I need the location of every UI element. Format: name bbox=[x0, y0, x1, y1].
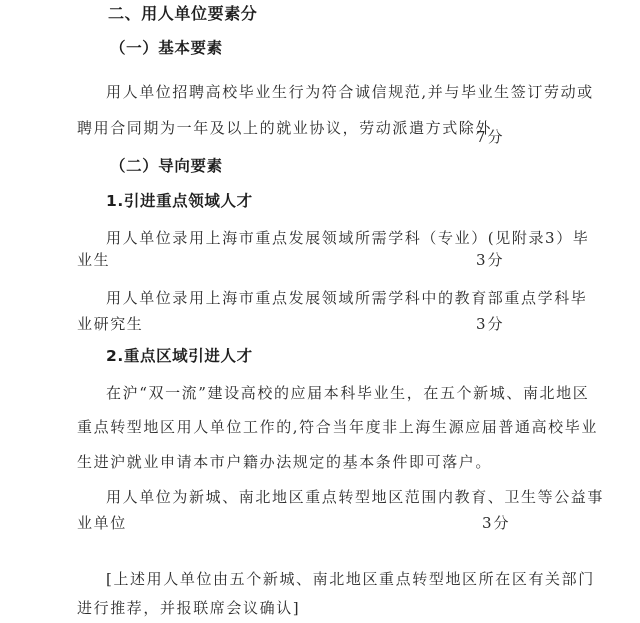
paragraph-line: 业研究生 bbox=[77, 314, 143, 334]
note-line: 进行推荐，并报联席会议确认] bbox=[77, 598, 300, 618]
subsection-title-basic: （一）基本要素 bbox=[110, 38, 223, 58]
note-line: [上述用人单位由五个新城、南北地区重点转型地区所在区有关部门 bbox=[106, 569, 595, 589]
subsection-title-guidance: （二）导向要素 bbox=[110, 156, 223, 176]
score-value: 3分 bbox=[476, 250, 505, 270]
paragraph-line: 在沪“双一流”建设高校的应届本科毕业生，在五个新城、南北地区 bbox=[106, 383, 589, 403]
item-title-key-regions: 2.重点区域引进人才 bbox=[106, 346, 253, 366]
paragraph-line: 聘用合同期为一年及以上的就业协议，劳动派遣方式除外 bbox=[77, 118, 492, 138]
paragraph-line: 业单位 bbox=[77, 513, 127, 533]
score-value: 3分 bbox=[482, 513, 511, 533]
paragraph-line: 用人单位录用上海市重点发展领域所需学科（专业）(见附录3）毕 bbox=[106, 228, 589, 248]
paragraph-line: 生进沪就业申请本市户籍办法规定的基本条件即可落户。 bbox=[77, 452, 492, 472]
paragraph-line: 用人单位录用上海市重点发展领域所需学科中的教育部重点学科毕 bbox=[106, 288, 587, 308]
score-value: 3分 bbox=[476, 314, 505, 334]
item-title-key-fields: 1.引进重点领域人才 bbox=[106, 191, 253, 211]
section-title: 二、用人单位要素分 bbox=[108, 4, 257, 24]
score-value: 7分 bbox=[476, 127, 505, 147]
paragraph-line: 用人单位招聘高校毕业生行为符合诚信规范,并与毕业生签订劳动或 bbox=[106, 82, 594, 102]
paragraph-line: 重点转型地区用人单位工作的,符合当年度非上海生源应届普通高校毕业 bbox=[77, 417, 598, 437]
paragraph-line: 业生 bbox=[77, 250, 110, 270]
paragraph-line: 用人单位为新城、南北地区重点转型地区范围内教育、卫生等公益事 bbox=[106, 487, 604, 507]
